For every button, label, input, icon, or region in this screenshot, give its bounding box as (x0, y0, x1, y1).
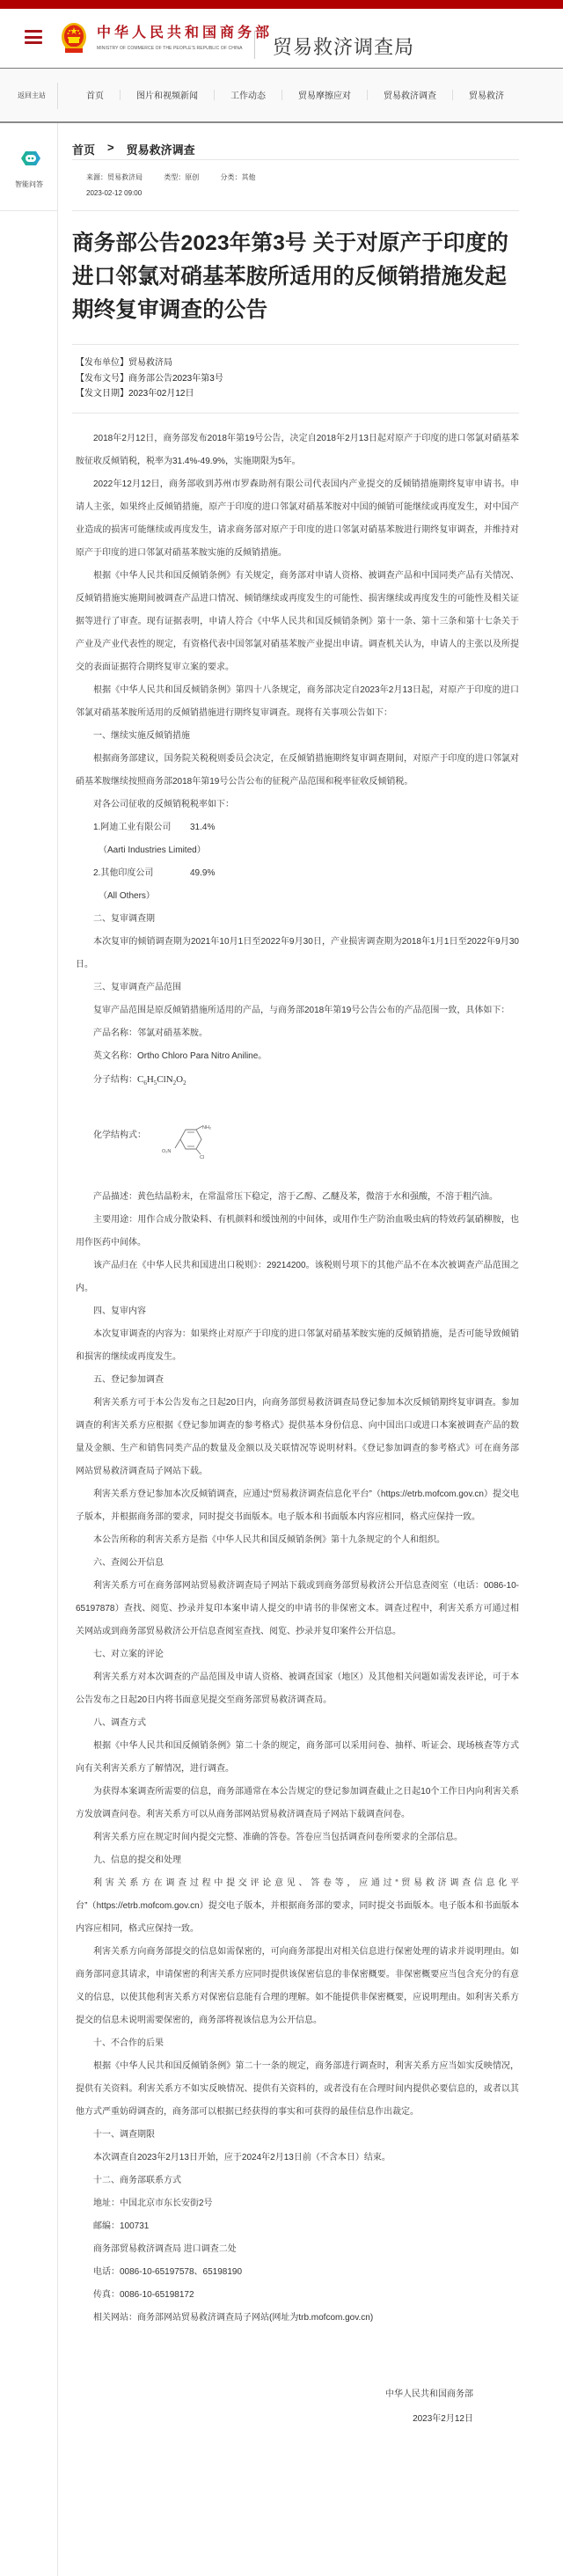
paragraph: 本次复审的倾销调查期为2021年10月1日至2022年9月30日，产业损害调查期… (76, 931, 519, 977)
chatbot-icon (21, 151, 40, 165)
paragraph: 利害关系方向商务部提交的信息如需保密的，可向商务部提出对相关信息进行保密处理的请… (76, 1941, 519, 2032)
section-heading: 五、登记参加调查 (76, 1369, 519, 1392)
nav-item-home[interactable]: 首页 (70, 88, 120, 101)
rate-value: 31.4% (172, 816, 215, 839)
section-heading: 二、复审调查期 (76, 908, 519, 931)
section-heading: 四、复审内容 (76, 1300, 519, 1323)
formula-label: 分子结构： (93, 1075, 137, 1085)
signature-organization: 中华人民共和国商务部 (76, 2382, 473, 2407)
rate-company: 1.阿迪工业有限公司 (76, 816, 172, 839)
nav-divider (57, 83, 58, 109)
article-info-block: 【发布单位】贸易救济局 【发布文号】商务部公告2023年第3号 【发文日期】20… (72, 344, 519, 413)
smart-qa-button[interactable]: 智能问答 (0, 123, 58, 211)
paragraph: 对各公司征收的反倾销税税率如下： (76, 794, 519, 816)
breadcrumb-current[interactable]: 贸易救济调查 (127, 141, 195, 159)
article-title: 商务部公告2023年第3号 关于对原产于印度的进口邻氯对硝基苯胺所适用的反倾销措… (72, 211, 519, 327)
paragraph: 利害关系方登记参加本次反倾销调查，应通过“贸易救济调查信息化平台”（https:… (76, 1483, 519, 1529)
english-name: 英文名称：Ortho Chloro Para Nitro Aniline。 (76, 1045, 519, 1068)
nav-item-work-updates[interactable]: 工作动态 (215, 88, 281, 101)
product-description: 产品描述：黄色结晶粉末，在常温常压下稳定，溶于乙醇、乙醚及苯，微溶于水和强酸，不… (76, 1186, 519, 1209)
article-meta: 来源：贸易救济局 类型：原创 分类：其他 2023-02-12 09:00 (72, 160, 519, 211)
article-body: 2018年2月12日，商务部发布2018年第19号公告，决定自2018年2月13… (72, 413, 519, 2432)
svg-text:O₂N: O₂N (162, 1149, 171, 1154)
meta-datetime: 2023-02-12 09:00 (86, 189, 519, 197)
paragraph: 根据《中华人民共和国反倾销条例》第二十一条的规定，商务部进行调查时，利害关系方应… (76, 2055, 519, 2124)
top-accent-bar (0, 0, 563, 9)
rate-value: 49.9% (172, 862, 215, 885)
contact-website: 相关网站：商务部网站贸易救济调查局子网站(网址为trb.mofcom.gov.c… (76, 2307, 519, 2330)
rate-company-en: （Aarti Industries Limited） (76, 839, 519, 862)
paragraph: 本次复审调查的内容为：如果终止对原产于印度的进口邻氯对硝基苯胺实施的反倾销措施，… (76, 1323, 519, 1369)
info-document-number: 【发布文号】商务部公告2023年第3号 (76, 371, 519, 387)
rate-company-en: （All Others） (76, 885, 519, 908)
ministry-name-en: MINISTRY OF COMMERCE OF THE PEOPLE'S REP… (97, 46, 273, 51)
paragraph: 利害关系方在调查过程中提交评论意见、答卷等，应通过“贸易救济调查信息化平台”（h… (76, 1872, 519, 1941)
paragraph: 本次调查自2023年2月13日开始，应于2024年2月13日前（不含本日）结束。 (76, 2147, 519, 2170)
rate-row: 2.其他印度公司49.9% (76, 862, 519, 885)
info-publishing-unit: 【发布单位】贸易救济局 (76, 355, 519, 371)
chemical-structure-diagram: NH₂ Cl O₂N (155, 1124, 225, 1160)
paragraph: 复审产品范围是原反倾销措施所适用的产品，与商务部2018年第19号公告公布的产品… (76, 999, 519, 1022)
paragraph: 为获得本案调查所需要的信息，商务部通常在本公告规定的登记参加调查截止之日起10个… (76, 1781, 519, 1826)
section-heading: 十二、商务部联系方式 (76, 2170, 519, 2192)
molecular-formula: C6H5ClN2O2 (137, 1074, 186, 1085)
main-content: 首页 > 贸易救济调查 来源：贸易救济局 类型：原创 分类：其他 2023-02… (72, 123, 537, 2432)
rate-company: 2.其他印度公司 (76, 862, 172, 885)
main-nav: 返回主站 首页 图片和视频新闻 工作动态 贸易摩擦应对 贸易救济调查 贸易救济 (0, 69, 563, 123)
national-emblem-icon (60, 21, 88, 56)
breadcrumb: 首页 > 贸易救济调查 (72, 123, 519, 160)
tariff-info: 该产品归在《中华人民共和国进出口税则》：29214200。该税则号项下的其他产品… (76, 1255, 519, 1300)
svg-text:NH₂: NH₂ (202, 1125, 211, 1131)
section-heading: 六、查阅公开信息 (76, 1552, 519, 1575)
nav-item-trade-friction[interactable]: 贸易摩擦应对 (282, 88, 367, 101)
back-to-main-site-link[interactable]: 返回主站 (18, 91, 46, 100)
product-usage: 主要用途：用作合成分散染料、有机颜料和缓蚀剂的中间体，或用作生产防治血吸虫病的特… (76, 1209, 519, 1255)
bureau-title[interactable]: 贸易救济调查局 (273, 33, 414, 60)
paragraph: 利害关系方应在规定时间内提交完整、准确的答卷。答卷应当包括调查问卷所要求的全部信… (76, 1826, 519, 1849)
contact-fax: 传真：0086-10-65198172 (76, 2284, 519, 2307)
paragraph: 利害关系方可于本公告发布之日起20日内，向商务部贸易救济调查局登记参加本次反倾销… (76, 1392, 519, 1483)
paragraph: 利害关系方可在商务部网站贸易救济调查局子网站下载或到商务部贸易救济公开信息查阅室… (76, 1575, 519, 1643)
site-header: 中华人民共和国商务部 MINISTRY OF COMMERCE OF THE P… (0, 9, 563, 69)
paragraph: 根据《中华人民共和国反倾销条例》第二十条的规定，商务部可以采用问卷、抽样、听证会… (76, 1735, 519, 1781)
nav-item-trade-remedy-investigation[interactable]: 贸易救济调查 (368, 88, 452, 101)
ministry-name-cn: 中华人民共和国商务部 (97, 25, 273, 42)
smart-qa-label: 智能问答 (0, 179, 58, 189)
meta-category: 分类：其他 (220, 173, 255, 181)
section-heading: 八、调查方式 (76, 1712, 519, 1735)
breadcrumb-separator: > (104, 141, 118, 159)
info-document-date: 【发文日期】2023年02月12日 (76, 386, 519, 402)
molecular-formula-row: 分子结构：C6H5ClN2O2 (76, 1068, 519, 1094)
paragraph: 根据《中华人民共和国反倾销条例》第四十八条规定，商务部决定自2023年2月13日… (76, 679, 519, 725)
signature-date: 2023年2月12日 (76, 2407, 473, 2432)
chemical-structure-row: 化学结构式： NH₂ Cl O₂N (76, 1124, 519, 1186)
section-heading: 一、继续实施反倾销措施 (76, 725, 519, 748)
product-name: 产品名称：邻氯对硝基苯胺。 (76, 1022, 519, 1045)
meta-type: 类型：原创 (164, 173, 199, 181)
contact-department: 商务部贸易救济调查局 进口调查二处 (76, 2238, 519, 2261)
breadcrumb-home[interactable]: 首页 (72, 141, 95, 159)
structure-label: 化学结构式： (76, 1124, 146, 1147)
meta-source: 来源：贸易救济局 (86, 173, 143, 181)
signature-block: 中华人民共和国商务部 2023年2月12日 (76, 2382, 519, 2432)
contact-address: 地址：中国北京市东长安街2号 (76, 2192, 519, 2215)
paragraph: 2022年12月12日，商务部收到苏州市罗森助剂有限公司代表国内产业提交的反倾销… (76, 473, 519, 565)
section-heading: 九、信息的提交和处理 (76, 1849, 519, 1872)
section-heading: 三、复审调查产品范围 (76, 977, 519, 999)
nav-list: 首页 图片和视频新闻 工作动态 贸易摩擦应对 贸易救济调查 贸易救济 (70, 88, 520, 101)
contact-phone: 电话：0086-10-65197578、65198190 (76, 2261, 519, 2284)
paragraph: 2018年2月12日，商务部发布2018年第19号公告，决定自2018年2月13… (76, 428, 519, 473)
paragraph: 利害关系方对本次调查的产品范围及申请人资格、被调查国家（地区）及其他相关问题如需… (76, 1666, 519, 1712)
contact-postcode: 邮编：100731 (76, 2215, 519, 2238)
paragraph: 根据商务部建议，国务院关税税则委员会决定，在反倾销措施期终复审调查期间，对原产于… (76, 748, 519, 794)
brand-divider (254, 31, 255, 59)
section-heading: 十、不合作的后果 (76, 2032, 519, 2055)
nav-item-photo-video-news[interactable]: 图片和视频新闻 (121, 88, 214, 101)
paragraph: 本公告所称的利害关系方是指《中华人民共和国反倾销条例》第十九条规定的个人和组织。 (76, 1529, 519, 1552)
left-sidebar: 智能问答 (0, 123, 58, 2576)
ministry-brand[interactable]: 中华人民共和国商务部 MINISTRY OF COMMERCE OF THE P… (97, 25, 273, 51)
rate-row: 1.阿迪工业有限公司31.4% (76, 816, 519, 839)
svg-text:Cl: Cl (200, 1155, 204, 1160)
hamburger-menu-icon[interactable] (25, 30, 42, 44)
section-heading: 七、对立案的评论 (76, 1643, 519, 1666)
section-heading: 十一、调查期限 (76, 2124, 519, 2147)
paragraph: 根据《中华人民共和国反倾销条例》有关规定，商务部对申请人资格、被调查产品和中国同… (76, 565, 519, 679)
nav-item-trade-remedy[interactable]: 贸易救济 (453, 88, 520, 101)
